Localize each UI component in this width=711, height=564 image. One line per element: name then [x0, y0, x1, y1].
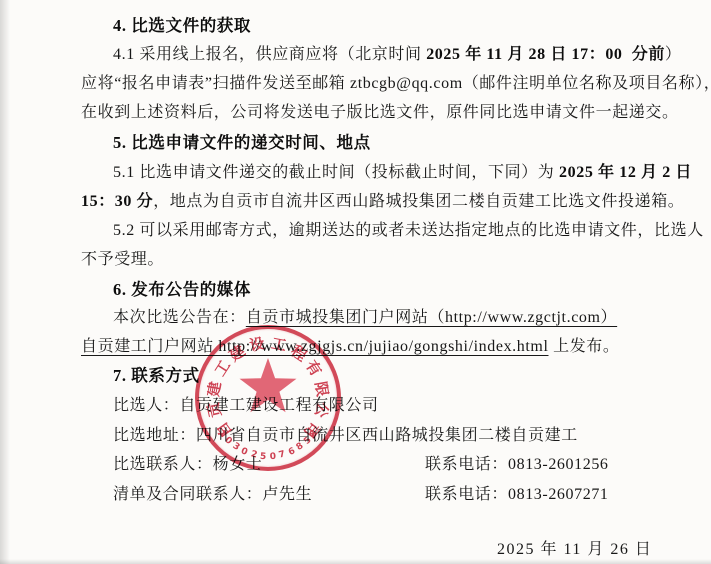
announcement-media-line-1: 本次比选公告在：自贡市城投集团门户网站（http://www.zgctjt.co… — [113, 308, 617, 328]
announcement-media-line-2: 自贡建工门户网站 http://www.zgjgjs.cn/jujiao/gon… — [81, 337, 620, 357]
section-4-heading: 4. 比选文件的获取 — [113, 16, 251, 36]
section-7-heading: 7. 联系方式 — [113, 366, 200, 386]
para-4-1-line-1: 4.1 采用线上报名，供应商应将（北京时间 2025 年 11 月 28 日 1… — [113, 45, 682, 65]
para-4-1-line-3: 在收到上述资料后，公司将发送电子版比选文件，原件同比选申请文件一起递交。 — [81, 103, 679, 123]
seal-company-char: 有 — [301, 356, 327, 380]
para-5-2-line-1: 5.2 可以采用邮寄方式，逾期送达的或者未送达指定地点的比选申请文件，比选人 — [113, 221, 704, 241]
para-4-1-run-normal: 4.1 采用线上报名，供应商应将（北京时间 — [113, 46, 426, 63]
document-date: 2025 年 11 月 26 日 — [497, 540, 652, 560]
para-5-2-line-2: 不予受理。 — [81, 250, 164, 270]
para-5-1-run-normal: 5.1 比选申请文件递交的截止时间（投标截止时间，下同）为 — [113, 164, 559, 181]
company-portal-url: 自贡建工门户网站 http://www.zgjgjs.cn/jujiao/gon… — [81, 338, 549, 355]
submission-location-text: ，地点为自贡市自流井区西山路城投集团二楼自贡建工比选文件投递箱。 — [153, 193, 684, 210]
registration-deadline-datetime: 2025 年 11 月 28 日 17：00 分前 — [426, 46, 665, 63]
scanned-tender-document-page: 4. 比选文件的获取 4.1 采用线上报名，供应商应将（北京时间 2025 年 … — [0, 0, 711, 564]
bidder-address-line: 比选地址：四川省自贡市自流井区西山路城投集团二楼自贡建工 — [113, 426, 578, 446]
para-4-1-run-close: ） — [665, 46, 682, 63]
announcement-suffix: 上发布。 — [549, 338, 620, 355]
para-5-1-line-2: 15：30 分，地点为自贡市自流井区西山路城投集团二楼自贡建工比选文件投递箱。 — [81, 192, 684, 212]
seal-serial-digit: 7 — [278, 450, 287, 461]
section-6-heading: 6. 发布公告的媒体 — [113, 280, 251, 300]
submission-deadline-time: 15：30 分 — [81, 193, 153, 210]
section-5-heading: 5. 比选申请文件的递交时间、地点 — [113, 133, 371, 153]
para-4-1-line-2: 应将“报名申请表”扫描件发送至邮箱 ztbcgb@qq.com（邮件注明单位名称… — [81, 74, 711, 94]
seal-company-char: 工 — [209, 356, 235, 380]
submission-deadline-date: 2025 年 12 月 2 日 — [559, 164, 692, 181]
bidder-name-line: 比选人：自贡建工建设工程有限公司 — [113, 396, 379, 416]
contact-phone-2: 联系电话：0813-2607271 — [425, 485, 609, 505]
contact-person-1: 比选联系人：杨女士 — [113, 455, 262, 475]
para-5-1-line-1: 5.1 比选申请文件递交的截止时间（投标截止时间，下同）为 2025 年 12 … — [113, 163, 692, 183]
seal-serial-digit: 0 — [269, 452, 276, 462]
contact-person-2: 清单及合同联系人：卢先生 — [113, 485, 312, 505]
seal-serial-digit: 6 — [287, 446, 297, 458]
city-group-portal-url: 自贡市城投集团门户网站（http://www.zgctjt.com） — [246, 309, 617, 326]
announcement-prefix: 本次比选公告在： — [113, 309, 246, 326]
contact-phone-1: 联系电话：0813-2601256 — [425, 455, 609, 475]
